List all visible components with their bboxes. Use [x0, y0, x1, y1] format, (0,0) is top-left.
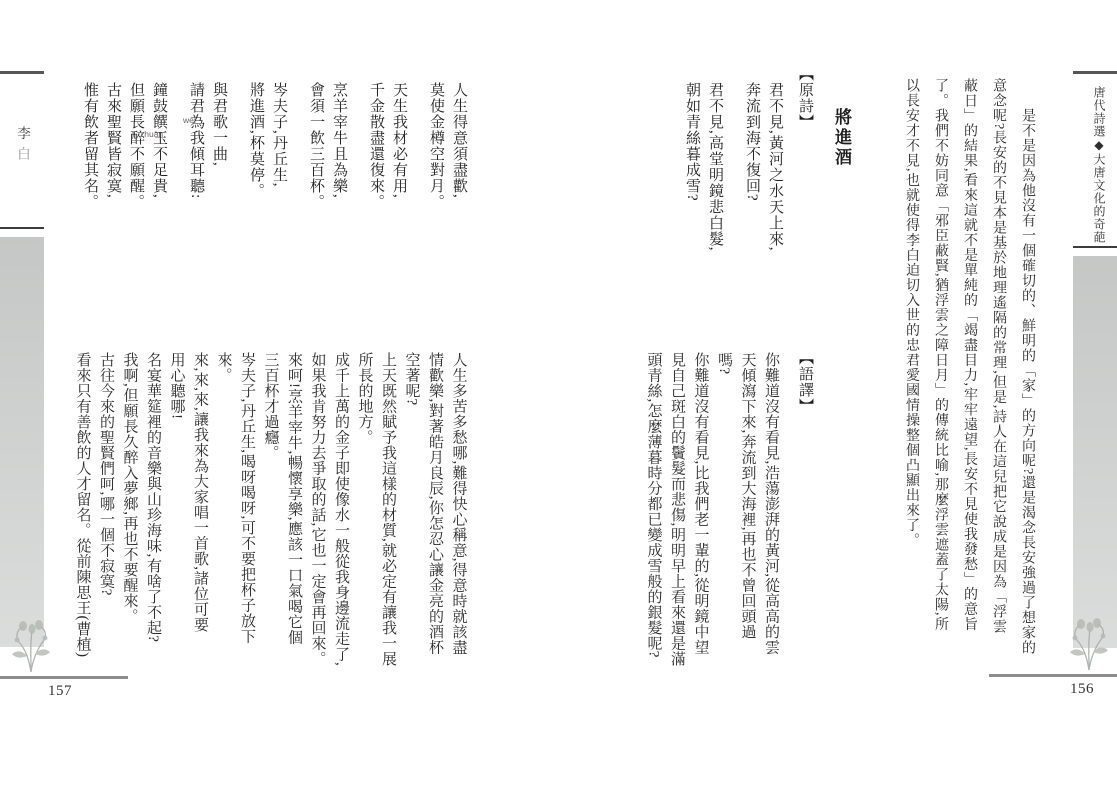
commentary-column: 是不是因為他沒有一個確切的、鮮明的「家」的方向呢?還是渴念長安強過了想家的 [1013, 78, 1042, 670]
commentary-paragraph: 是不是因為他沒有一個確切的、鮮明的「家」的方向呢?還是渴念長安強過了想家的意念呢… [897, 78, 1042, 670]
poem-line: 君不見,黃河之水天上來, [763, 82, 786, 332]
translation-header: 【語譯】 [795, 350, 816, 414]
poem-title: 將進酒 [829, 108, 854, 168]
poem-line: 將進酒,杯莫停。 [244, 82, 267, 332]
poem-line: 與君歌一曲, [207, 82, 230, 332]
translation-column: 上天既然賦予我這樣的材質,就必定有讓我一展 [376, 352, 400, 697]
translation-column: 頭青絲,怎麼薄暮時分都已變成雪般的銀髮呢? [641, 352, 665, 697]
author-tab-char: 白 [15, 147, 30, 168]
translation-column: 人生多苦多愁哪,難得快心稱意,得意時就該盡 [446, 352, 470, 697]
page-number-left: 157 [48, 683, 72, 700]
poem-line: 天生我材必有用, [387, 82, 410, 332]
rule-mid-left [0, 227, 44, 229]
translation-column: 岑夫子,丹丘生,喝呀喝呀,可不要把杯子放下 [235, 352, 259, 697]
poem-line: 烹羊宰牛且為樂, [327, 82, 350, 332]
poem-line: 奔流到海不復回? [740, 82, 763, 332]
poem-line: 古來聖賢皆寂寞, [101, 82, 124, 332]
commentary-column: 了。我們不妨同意「邪臣蔽賢,猶浮雲之障日月」的傳統比喻,那麼浮雲遮蓋了太陽,所 [926, 78, 955, 670]
commentary-column: 意念呢?長安的不見本是基於地理遙隔的常理,但是,詩人在這兒把它說成是因為「浮雲 [984, 78, 1013, 670]
translation-column: 所長的地方。 [352, 352, 376, 697]
pinyin-annotation-wei: wèi [183, 115, 196, 125]
translation-column: 成千上萬的金子即使像水一般從我身邊流走了, [329, 352, 353, 697]
floral-ornament-left [6, 618, 56, 674]
rule-top-left [0, 71, 44, 74]
poem-line: 莫使金樽空對月。 [424, 82, 447, 332]
commentary-column: 以長安才不見,也就使得李白迫切入世的忠君愛國情操整個凸顯出來了。 [897, 78, 926, 670]
translation-continuation: 人生多苦多愁哪,難得快心稱意,得意時就該盡情歡樂,對著皓月良辰,你怎忍心讓金亮的… [70, 352, 470, 697]
translation-column: 看來只有善飲的人才留名。從前陳思王(曹植) [70, 352, 94, 697]
rule-bottom-right [989, 674, 1117, 677]
page-number-right: 156 [1070, 681, 1094, 698]
rule-top-right [1073, 71, 1117, 74]
translation-column: 情歡樂,對著皓月良辰,你怎忍心讓金亮的酒杯 [423, 352, 447, 697]
translation-column: 名宴華筵裡的音樂與山珍海味,有啥了不起? [141, 352, 165, 697]
poem-continuation: 人生得意須盡歡,莫使金樽空對月。天生我材必有用,千金散盡還復來。烹羊宰牛且為樂,… [78, 82, 470, 332]
poem-line: 會須一飲三百杯。 [304, 82, 327, 332]
author-tab-char: 李 [15, 126, 30, 147]
floral-ornament-right [1064, 616, 1114, 672]
translation-opening: 你難道沒有看見,浩蕩澎湃的黃河,從高高的雲天傾瀉下來,奔流到大海裡,再也不曾回頭… [641, 352, 782, 697]
translation-column: 來。 [211, 352, 235, 697]
poem-line: 岑夫子,丹丘生, [267, 82, 290, 332]
translation-column: 如果我肯努力去爭取的話,它也一定會再回來。 [305, 352, 329, 697]
translation-column: 我啊,但願長久醉入夢鄉,再也不要醒來。 [117, 352, 141, 697]
poem-opening: 君不見,黃河之水天上來,奔流到海不復回?君不見,高堂明鏡悲白髮,朝如青絲暮成雪? [680, 82, 786, 332]
rule-mid-right [1073, 246, 1117, 248]
poem-line: 千金散盡還復來。 [364, 82, 387, 332]
original-poem-header: 【原詩】 [795, 66, 816, 130]
translation-column: 三百杯才過癮。 [258, 352, 282, 697]
poem-line: 人生得意須盡歡, [447, 82, 470, 332]
margin-shade-right [1073, 256, 1117, 648]
author-tab: 李白 [12, 126, 32, 167]
translation-column: 空著呢? [399, 352, 423, 697]
translation-column: 來呵!烹羊宰牛,暢懷享樂,應該一口氣喝它個 [282, 352, 306, 697]
commentary-column: 蔽日」的結果,看來這就不是單純的「竭盡目力,牢牢遠望,長安不見使我發愁」的意旨 [955, 78, 984, 670]
poem-line: 但願長醉不願醒。 [124, 82, 147, 332]
translation-column: 來,來,來,讓我來為大家唱一首歌,諸位可要 [188, 352, 212, 697]
translation-column: 見自己斑白的鬢髮而悲傷,明明早上看來還是滿 [665, 352, 689, 697]
margin-shade-left [0, 237, 44, 647]
translation-column: 你難道沒有看見,浩蕩澎湃的黃河,從高高的雲 [759, 352, 783, 697]
poem-line: 君不見,高堂明鏡悲白髮, [703, 82, 726, 332]
poem-line: 朝如青絲暮成雪? [680, 82, 703, 332]
translation-column: 天傾瀉下來,奔流到大海裡,再也不曾回頭過 [735, 352, 759, 697]
poem-line: 鐘鼓饌玉不足貴, [147, 82, 170, 332]
translation-column: 古往今來的聖賢們呵,哪一個不寂寞? [94, 352, 118, 697]
pinyin-annotation-zhuan: zhuàn [140, 129, 163, 139]
running-head: 唐代詩選◆大唐文化的奇葩 [1091, 86, 1108, 244]
book-spread: 李白 157 人生得意須盡歡,莫使金樽空對月。天生我材必有用,千金散盡還復來。烹… [0, 0, 1117, 792]
poem-line: 惟有飲者留其名。 [78, 82, 101, 332]
translation-column: 嗎? [712, 352, 736, 697]
translation-column: 用心聽哪! [164, 352, 188, 697]
translation-column: 你難道沒有看見,比我們老一輩的,從明鏡中望 [688, 352, 712, 697]
